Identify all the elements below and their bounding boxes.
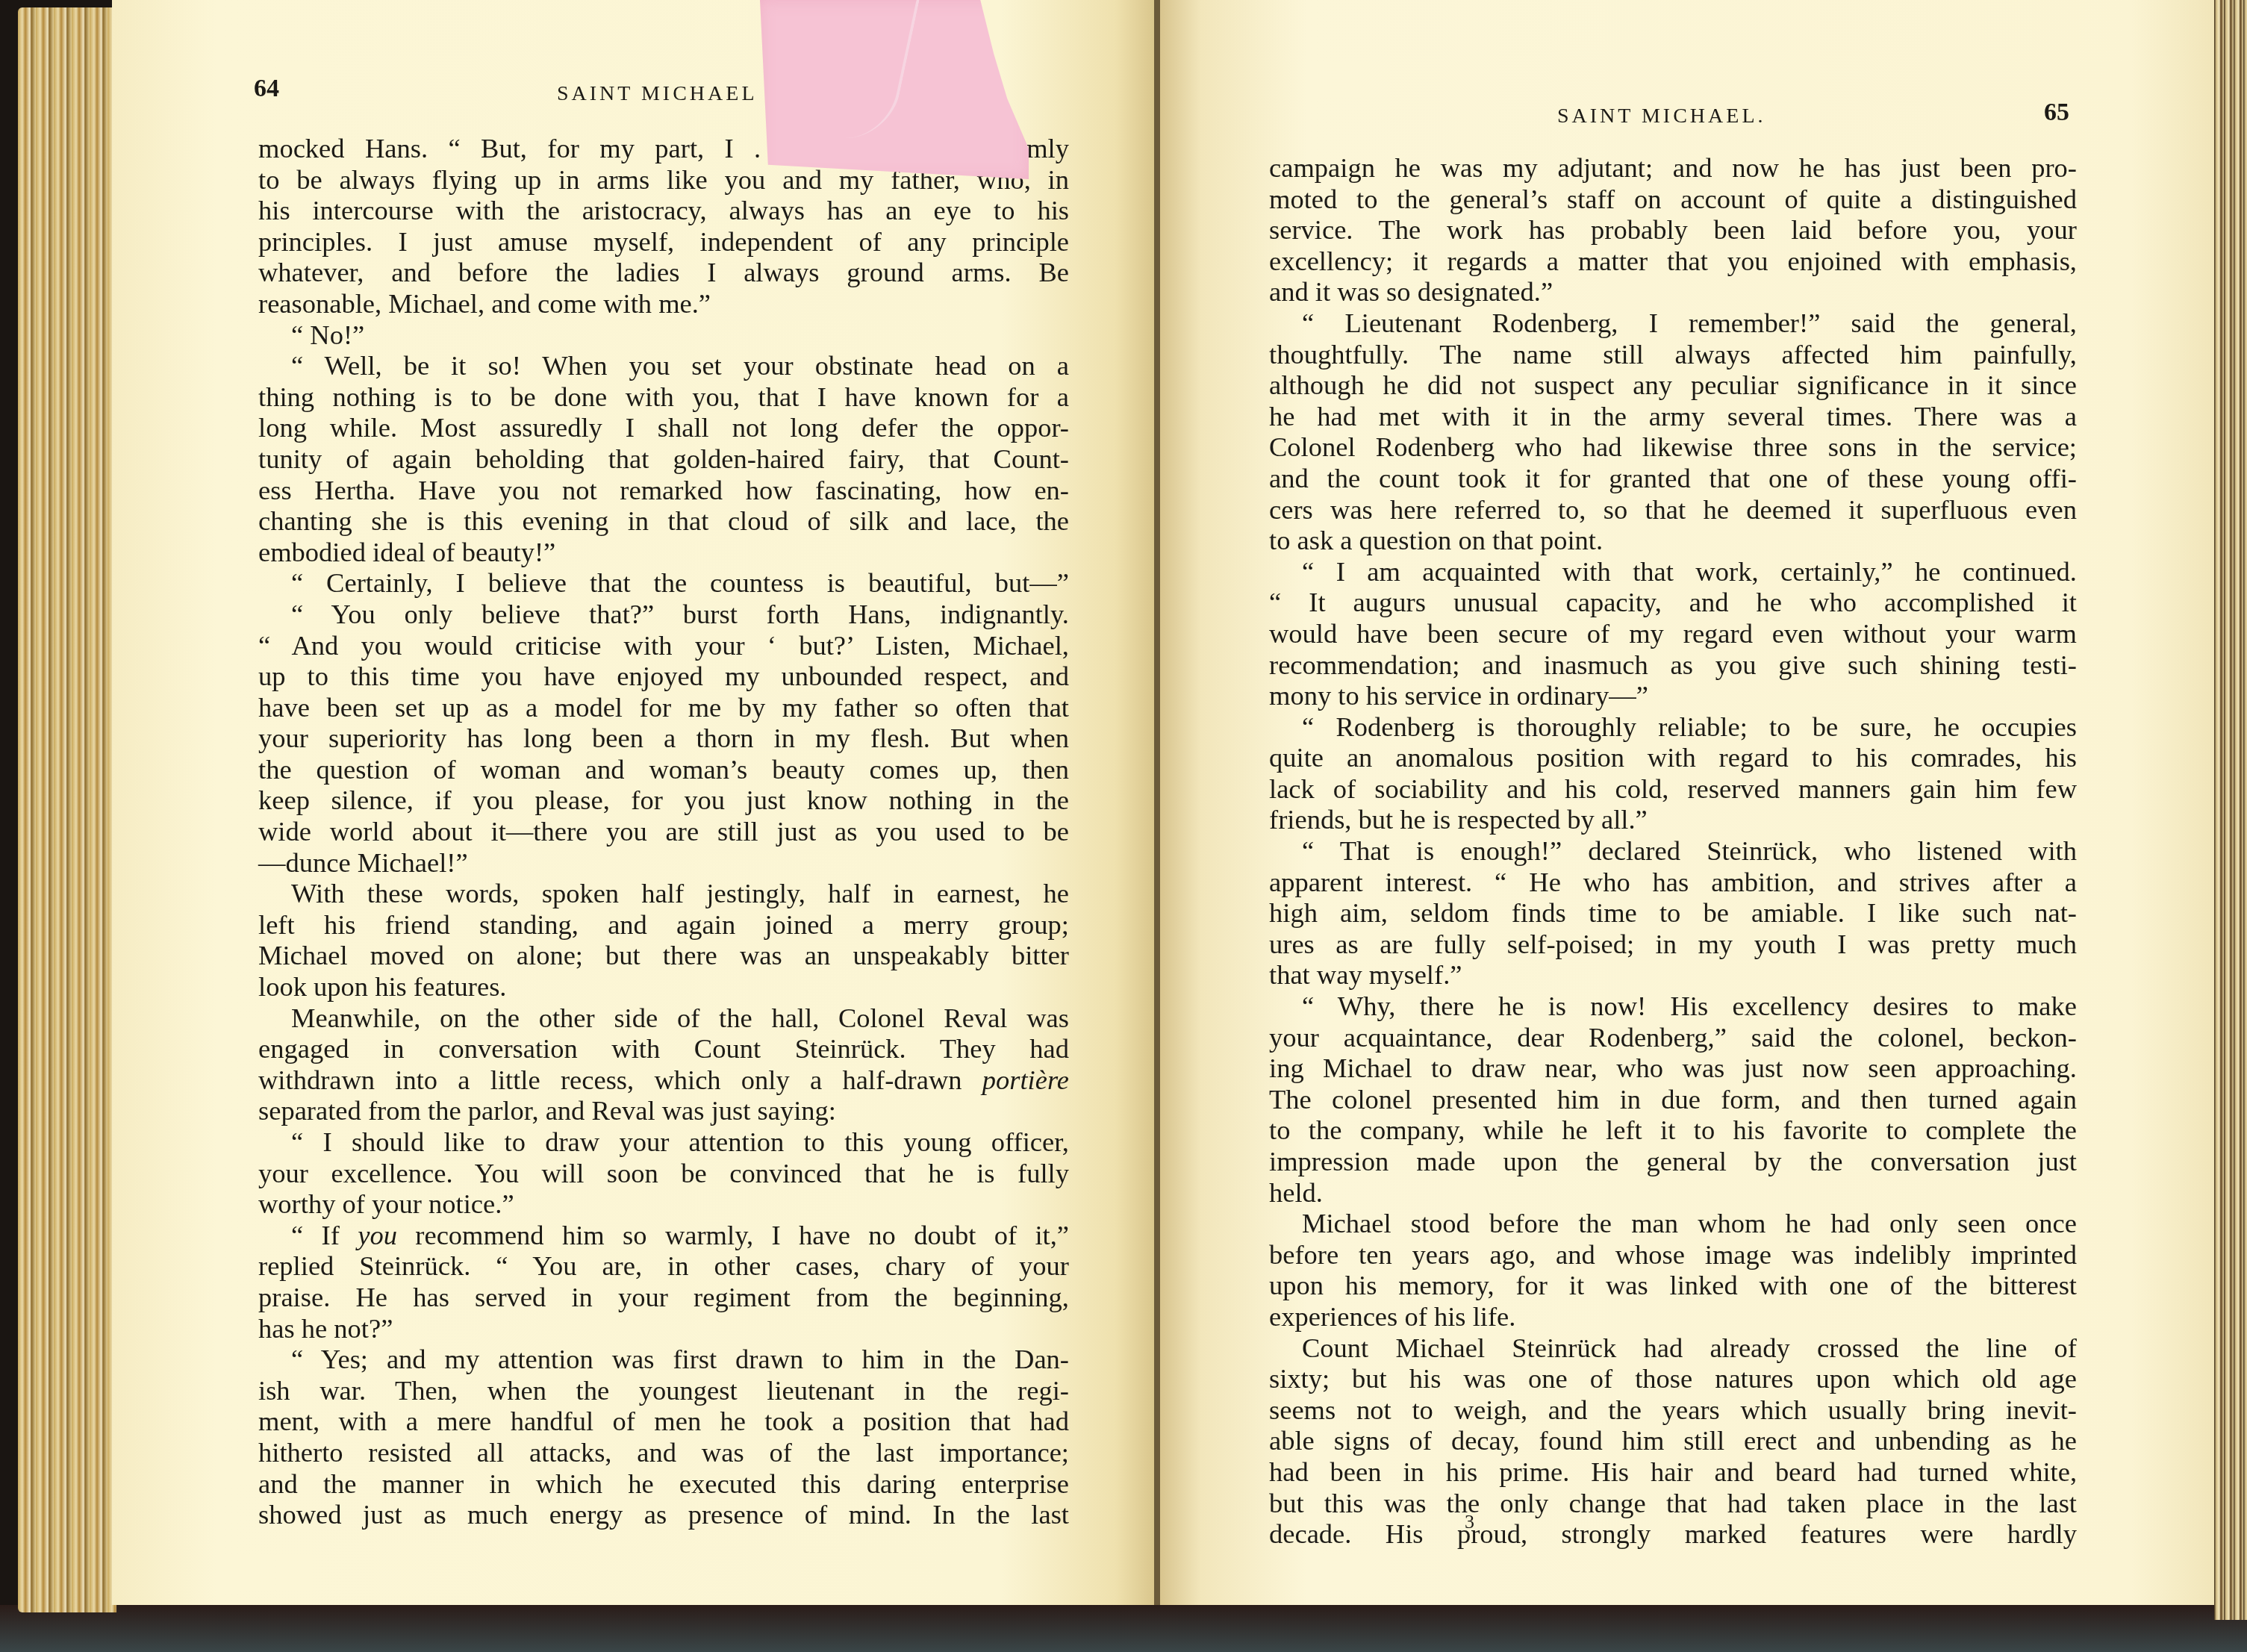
text-line: before ten years ago, and whose image wa… <box>1269 1239 2077 1271</box>
text-line: “ You only believe that?” burst forth Ha… <box>258 599 1069 630</box>
text-line: Meanwhile, on the other side of the hall… <box>258 1003 1069 1034</box>
text-line: keep silence, if you please, for you jus… <box>258 785 1069 816</box>
text-line: able signs of decay, found him still ere… <box>1269 1425 2077 1456</box>
text-line: apparent interest. “ He who has ambition… <box>1269 867 2077 898</box>
text-line: up to this time you have enjoyed my unbo… <box>258 661 1069 692</box>
text-line: “ Rodenberg is thoroughly reliable; to b… <box>1269 711 2077 743</box>
text-line: impression made upon the general by the … <box>1269 1146 2077 1177</box>
text-line: wide world about it—there you are still … <box>258 816 1069 847</box>
text-line: although he did not suspect any peculiar… <box>1269 370 2077 401</box>
text-line: “ Well, be it so! When you set your obst… <box>258 350 1069 381</box>
text-line: would have been secure of my regard even… <box>1269 618 2077 649</box>
text-line: quite an anomalous position with regard … <box>1269 742 2077 773</box>
text-line: principles. I just amuse myself, indepen… <box>258 226 1069 258</box>
right-page-text: campaign he was my adjutant; and now he … <box>1269 152 2077 1550</box>
text-line: has he not?” <box>258 1313 1069 1344</box>
text-line: “ If you recommend him so warmly, I have… <box>258 1220 1069 1251</box>
left-page-text: mocked Hans. “ But, for my part, I . . .… <box>258 133 1069 1530</box>
text-line: Count Michael Steinrück had already cros… <box>1269 1332 2077 1364</box>
italic-word: portière <box>982 1065 1069 1095</box>
text-line: worthy of your notice.” <box>258 1188 1069 1220</box>
text-line: look upon his features. <box>258 971 1069 1003</box>
page-edges-left <box>18 7 116 1612</box>
book-gutter <box>1154 0 1160 1605</box>
text-line: “ Certainly, I believe that the countess… <box>258 567 1069 599</box>
text-line: With these words, spoken half jestingly,… <box>258 878 1069 909</box>
text-line: experiences of his life. <box>1269 1301 2077 1332</box>
text-line: showed just as much energy as presence o… <box>258 1499 1069 1530</box>
text-line: The colonel presented him in due form, a… <box>1269 1084 2077 1115</box>
text-line: “ I should like to draw your attention t… <box>258 1126 1069 1158</box>
text-line: reasonable, Michael, and come with me.” <box>258 288 1069 320</box>
text-line: moted to the general’s staff on account … <box>1269 184 2077 215</box>
text-line: “ That is enough!” declared Steinrück, w… <box>1269 835 2077 867</box>
text-line: recommendation; and inasmuch as you give… <box>1269 649 2077 681</box>
text-line: “ I am acquainted with that work, certai… <box>1269 556 2077 587</box>
text-line: mony to his service in ordinary—” <box>1269 680 2077 711</box>
text-line: “ Lieutenant Rodenberg, I remember!” sai… <box>1269 308 2077 339</box>
text-line: Michael moved on alone; but there was an… <box>258 940 1069 971</box>
text-line: friends, but he is respected by all.” <box>1269 804 2077 835</box>
text-line: withdrawn into a little recess, which on… <box>258 1065 1069 1096</box>
text-line: held. <box>1269 1177 2077 1209</box>
text-line: sixty; but his was one of those natures … <box>1269 1363 2077 1394</box>
left-page-number: 64 <box>254 75 279 103</box>
text-line: lack of sociability and his cold, reserv… <box>1269 773 2077 805</box>
text-line: “ No!” <box>258 320 1069 351</box>
text-line: —dunce Michael!” <box>258 847 1069 879</box>
text-line: separated from the parlor, and Reval was… <box>258 1095 1069 1126</box>
text-line: “ And you would criticise with your ‘ bu… <box>258 630 1069 661</box>
text-line: his intercourse with the aristocracy, al… <box>258 195 1069 226</box>
text-line: to ask a question on that point. <box>1269 525 2077 556</box>
text-line: cers was here referred to, so that he de… <box>1269 494 2077 526</box>
text-line: chanting she is this evening in that clo… <box>258 505 1069 537</box>
left-running-head: SAINT MICHAEL <box>557 82 757 106</box>
text-line: praise. He has served in your regiment f… <box>258 1282 1069 1313</box>
text-line: high aim, seldom finds time to be amiabl… <box>1269 897 2077 929</box>
text-line: to the company, while he left it to his … <box>1269 1115 2077 1146</box>
open-book-scan: 64 SAINT MICHAEL mocked Hans. “ But, for… <box>0 0 2247 1652</box>
text-line: thing nothing is to be done with you, th… <box>258 381 1069 413</box>
text-line: decade. His proud, strongly marked featu… <box>1269 1518 2077 1550</box>
text-line: campaign he was my adjutant; and now he … <box>1269 152 2077 184</box>
text-line: had been in his prime. His hair and bear… <box>1269 1456 2077 1488</box>
text-line: “ Yes; and my attention was first drawn … <box>258 1344 1069 1375</box>
text-line: the question of woman and woman’s beauty… <box>258 754 1069 785</box>
text-line: “ Why, there he is now! His excellency d… <box>1269 991 2077 1022</box>
text-line: and the count took it for granted that o… <box>1269 463 2077 494</box>
text-line: replied Steinrück. “ You are, in other c… <box>258 1250 1069 1282</box>
right-running-head: SAINT MICHAEL. <box>1557 105 1765 128</box>
book-cover-bottom <box>0 1605 2247 1652</box>
text-line: whatever, and before the ladies I always… <box>258 257 1069 288</box>
italic-word: you <box>358 1220 397 1250</box>
right-page-number: 65 <box>2044 99 2069 127</box>
text-line: Michael stood before the man whom he had… <box>1269 1208 2077 1239</box>
text-line: thoughtfully. The name still always affe… <box>1269 339 2077 370</box>
text-line: long while. Most assuredly I shall not l… <box>258 412 1069 443</box>
text-line: he had met with it in the army several t… <box>1269 401 2077 432</box>
text-line: excellency; it regards a matter that you… <box>1269 246 2077 277</box>
page-edges-right <box>2214 0 2247 1620</box>
text-line: have been set up as a model for me by my… <box>258 692 1069 723</box>
text-line: seems not to weigh, and the years which … <box>1269 1394 2077 1426</box>
text-line: engaged in conversation with Count Stein… <box>258 1033 1069 1065</box>
text-line: left his friend standing, and again join… <box>258 909 1069 941</box>
text-line: ures as are fully self-poised; in my you… <box>1269 929 2077 960</box>
text-line: your excellence. You will soon be convin… <box>258 1158 1069 1189</box>
text-line: ish war. Then, when the youngest lieuten… <box>258 1375 1069 1406</box>
text-line: upon his memory, for it was linked with … <box>1269 1270 2077 1301</box>
text-line: ess Hertha. Have you not remarked how fa… <box>258 475 1069 506</box>
text-line: your superiority has long been a thorn i… <box>258 723 1069 754</box>
text-line: and it was so designated.” <box>1269 276 2077 308</box>
text-line: that way myself.” <box>1269 959 2077 991</box>
text-line: service. The work has probably been laid… <box>1269 214 2077 246</box>
text-line: ment, with a mere handful of men he took… <box>258 1406 1069 1437</box>
text-line: “ It augurs unusual capacity, and he who… <box>1269 587 2077 618</box>
text-line: but this was the only change that had ta… <box>1269 1488 2077 1519</box>
text-line: ing Michael to draw near, who was just n… <box>1269 1053 2077 1084</box>
signature-mark: 3 <box>1465 1511 1474 1533</box>
text-line: Colonel Rodenberg who had likewise three… <box>1269 431 2077 463</box>
text-line: and the manner in which he executed this… <box>258 1468 1069 1500</box>
text-line: your acquaintance, dear Rodenberg,” said… <box>1269 1022 2077 1053</box>
text-line: hitherto resisted all attacks, and was o… <box>258 1437 1069 1468</box>
text-line: tunity of again beholding that golden-ha… <box>258 443 1069 475</box>
text-line: embodied ideal of beauty!” <box>258 537 1069 568</box>
